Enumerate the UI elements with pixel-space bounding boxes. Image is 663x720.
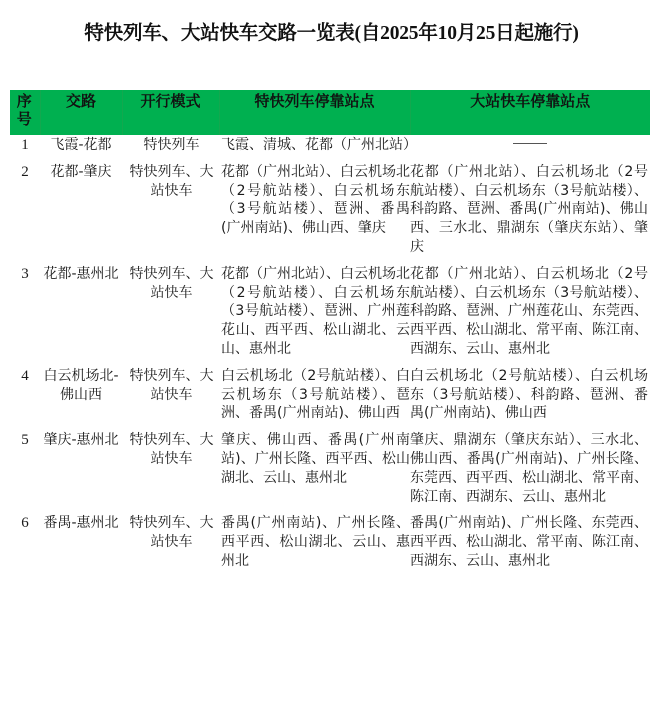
header-route: 交路 bbox=[40, 90, 122, 135]
row-major-stops: 肇庆、鼎湖东（肇庆东站）、三水北、佛山西、番禺(广州南站)、广州长隆、东莞西、西… bbox=[410, 430, 650, 513]
table-row: 4 白云机场北-佛山西 特快列车、大站快车 白云机场北（2号航站楼）、白云机场东… bbox=[10, 366, 650, 430]
row-mode: 特快列车 bbox=[122, 135, 219, 162]
row-major-stops: 番禺(广州南站)、广州长隆、东莞西、西平西、松山湖北、常平南、陈江南、西湖东、云… bbox=[410, 513, 650, 577]
row-major-stops: 花都（广州北站）、白云机场北（2号航站楼）、白云机场东（3号航站楼）、科韵路、琶… bbox=[410, 264, 650, 366]
row-major-stops-none bbox=[410, 135, 650, 162]
header-seq: 序号 bbox=[10, 90, 40, 135]
row-express-stops: 番禺(广州南站)、广州长隆、西平西、松山湖北、云山、惠州北 bbox=[219, 513, 410, 577]
row-express-stops: 花都（广州北站）、白云机场北（2号航站楼）、白云机场东（3号航站楼）、琶洲、广州… bbox=[219, 264, 410, 366]
page-title: 特快列车、大站快车交路一览表(自2025年10月25日起施行) bbox=[0, 17, 663, 45]
row-route: 飞霞-花都 bbox=[40, 135, 122, 162]
header-mode: 开行模式 bbox=[122, 90, 219, 135]
row-route: 肇庆-惠州北 bbox=[40, 430, 122, 513]
row-express-stops: 飞霞、清城、花都（广州北站） bbox=[219, 135, 410, 162]
dash-placeholder bbox=[513, 143, 547, 144]
row-route: 花都-肇庆 bbox=[40, 162, 122, 264]
row-mode: 特快列车、大站快车 bbox=[122, 513, 219, 577]
row-major-stops: 白云机场北（2号航站楼）、白云机场东（3号航站楼）、科韵路、琶洲、番禺(广州南站… bbox=[410, 366, 650, 430]
row-mode: 特快列车、大站快车 bbox=[122, 162, 219, 264]
row-seq: 2 bbox=[10, 162, 40, 264]
header-major-stops: 大站快车停靠站点 bbox=[410, 90, 650, 135]
row-seq: 1 bbox=[10, 135, 40, 162]
row-express-stops: 白云机场北（2号航站楼）、白云机场东（3号航站楼）、琶洲、番禺(广州南站)、佛山… bbox=[219, 366, 410, 430]
row-express-stops: 花都（广州北站）、白云机场北（2号航站楼）、白云机场东（3号航站楼）、琶洲、番禺… bbox=[219, 162, 410, 264]
table-row: 3 花都-惠州北 特快列车、大站快车 花都（广州北站）、白云机场北（2号航站楼）… bbox=[10, 264, 650, 366]
row-seq: 4 bbox=[10, 366, 40, 430]
row-route: 番禺-惠州北 bbox=[40, 513, 122, 577]
row-mode: 特快列车、大站快车 bbox=[122, 430, 219, 513]
table-row: 1 飞霞-花都 特快列车 飞霞、清城、花都（广州北站） bbox=[10, 135, 650, 162]
row-seq: 6 bbox=[10, 513, 40, 577]
route-table: 序号 交路 开行模式 特快列车停靠站点 大站快车停靠站点 1 飞霞-花都 特快列… bbox=[10, 90, 650, 578]
table-row: 2 花都-肇庆 特快列车、大站快车 花都（广州北站）、白云机场北（2号航站楼）、… bbox=[10, 162, 650, 264]
row-major-stops: 花都（广州北站）、白云机场北（2号航站楼）、白云机场东（3号航站楼）、科韵路、琶… bbox=[410, 162, 650, 264]
row-seq: 3 bbox=[10, 264, 40, 366]
table-header: 序号 交路 开行模式 特快列车停靠站点 大站快车停靠站点 bbox=[10, 90, 650, 135]
header-express-stops: 特快列车停靠站点 bbox=[219, 90, 410, 135]
table-row: 6 番禺-惠州北 特快列车、大站快车 番禺(广州南站)、广州长隆、西平西、松山湖… bbox=[10, 513, 650, 577]
row-route: 白云机场北-佛山西 bbox=[40, 366, 122, 430]
row-route: 花都-惠州北 bbox=[40, 264, 122, 366]
row-seq: 5 bbox=[10, 430, 40, 513]
row-mode: 特快列车、大站快车 bbox=[122, 264, 219, 366]
row-mode: 特快列车、大站快车 bbox=[122, 366, 219, 430]
table-row: 5 肇庆-惠州北 特快列车、大站快车 肇庆、佛山西、番禺(广州南站)、广州长隆、… bbox=[10, 430, 650, 513]
row-express-stops: 肇庆、佛山西、番禺(广州南站)、广州长隆、西平西、松山湖北、云山、惠州北 bbox=[219, 430, 410, 513]
